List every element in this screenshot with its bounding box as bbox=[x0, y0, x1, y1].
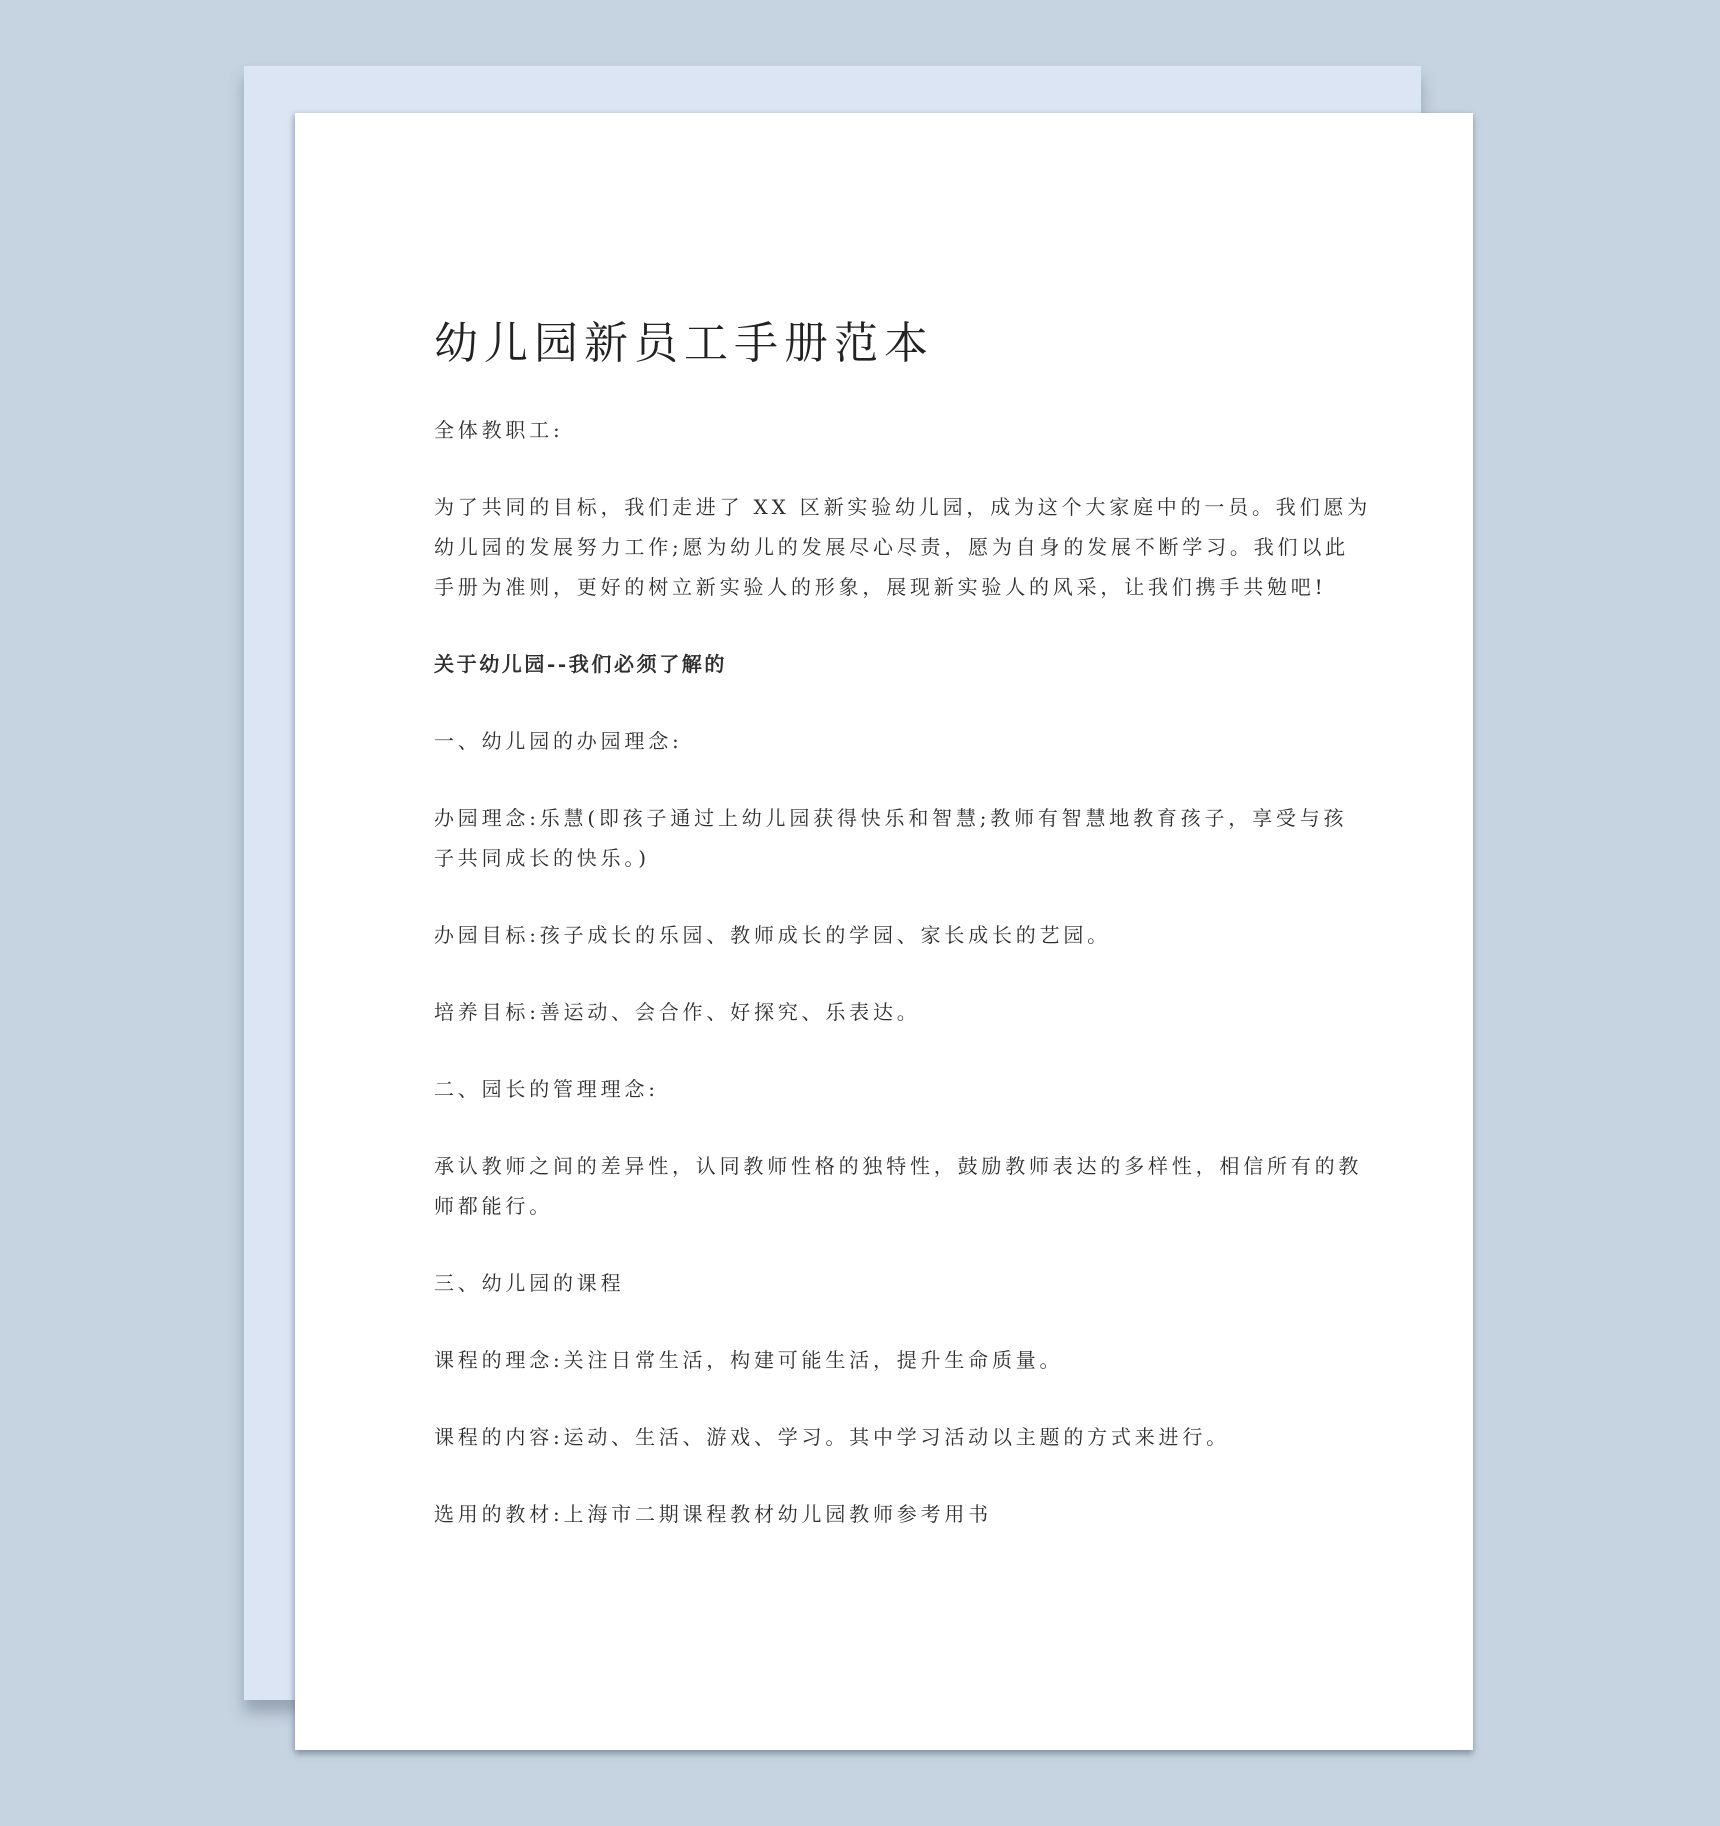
intro-line: 手册为准则，更好的树立新实验人的形象，展现新实验人的风采，让我们携手共勉吧! bbox=[434, 567, 1334, 607]
management-line: 师都能行。 bbox=[434, 1186, 1334, 1226]
section3-title: 三、幼儿园的课程 bbox=[434, 1263, 1334, 1303]
school-goal: 办园目标:孩子成长的乐园、教师成长的学园、家长成长的艺园。 bbox=[434, 915, 1334, 955]
document-page: 幼儿园新员工手册范本 全体教职工: 为了共同的目标，我们走进了 XX 区新实验幼… bbox=[295, 113, 1473, 1750]
textbook: 选用的教材:上海市二期课程教材幼儿园教师参考用书 bbox=[434, 1494, 1334, 1534]
section2-title: 二、园长的管理理念: bbox=[434, 1069, 1334, 1109]
management-paragraph: 承认教师之间的差异性，认同教师性格的独特性，鼓励教师表达的多样性，相信所有的教 … bbox=[434, 1146, 1334, 1226]
section1-title: 一、幼儿园的办园理念: bbox=[434, 721, 1334, 761]
curriculum-content: 课程的内容:运动、生活、游戏、学习。其中学习活动以主题的方式来进行。 bbox=[434, 1417, 1334, 1457]
document-title: 幼儿园新员工手册范本 bbox=[434, 316, 1334, 372]
intro-paragraph: 为了共同的目标，我们走进了 XX 区新实验幼儿园，成为这个大家庭中的一员。我们愿… bbox=[434, 487, 1334, 607]
training-goal: 培养目标:善运动、会合作、好探究、乐表达。 bbox=[434, 992, 1334, 1032]
curriculum-concept: 课程的理念:关注日常生活，构建可能生活，提升生命质量。 bbox=[434, 1340, 1334, 1380]
philosophy-paragraph: 办园理念:乐慧(即孩子通过上幼儿园获得快乐和智慧;教师有智慧地教育孩子，享受与孩… bbox=[434, 798, 1334, 878]
philosophy-line: 子共同成长的快乐。) bbox=[434, 838, 1334, 878]
document-content: 幼儿园新员工手册范本 全体教职工: 为了共同的目标，我们走进了 XX 区新实验幼… bbox=[434, 316, 1334, 1571]
greeting: 全体教职工: bbox=[434, 410, 1334, 450]
philosophy-line: 办园理念:乐慧(即孩子通过上幼儿园获得快乐和智慧;教师有智慧地教育孩子，享受与孩 bbox=[434, 798, 1334, 838]
section-heading: 关于幼儿园--我们必须了解的 bbox=[434, 644, 1334, 684]
intro-line: 为了共同的目标，我们走进了 XX 区新实验幼儿园，成为这个大家庭中的一员。我们愿… bbox=[434, 487, 1334, 527]
intro-line: 幼儿园的发展努力工作;愿为幼儿的发展尽心尽责，愿为自身的发展不断学习。我们以此 bbox=[434, 527, 1334, 567]
management-line: 承认教师之间的差异性，认同教师性格的独特性，鼓励教师表达的多样性，相信所有的教 bbox=[434, 1146, 1334, 1186]
